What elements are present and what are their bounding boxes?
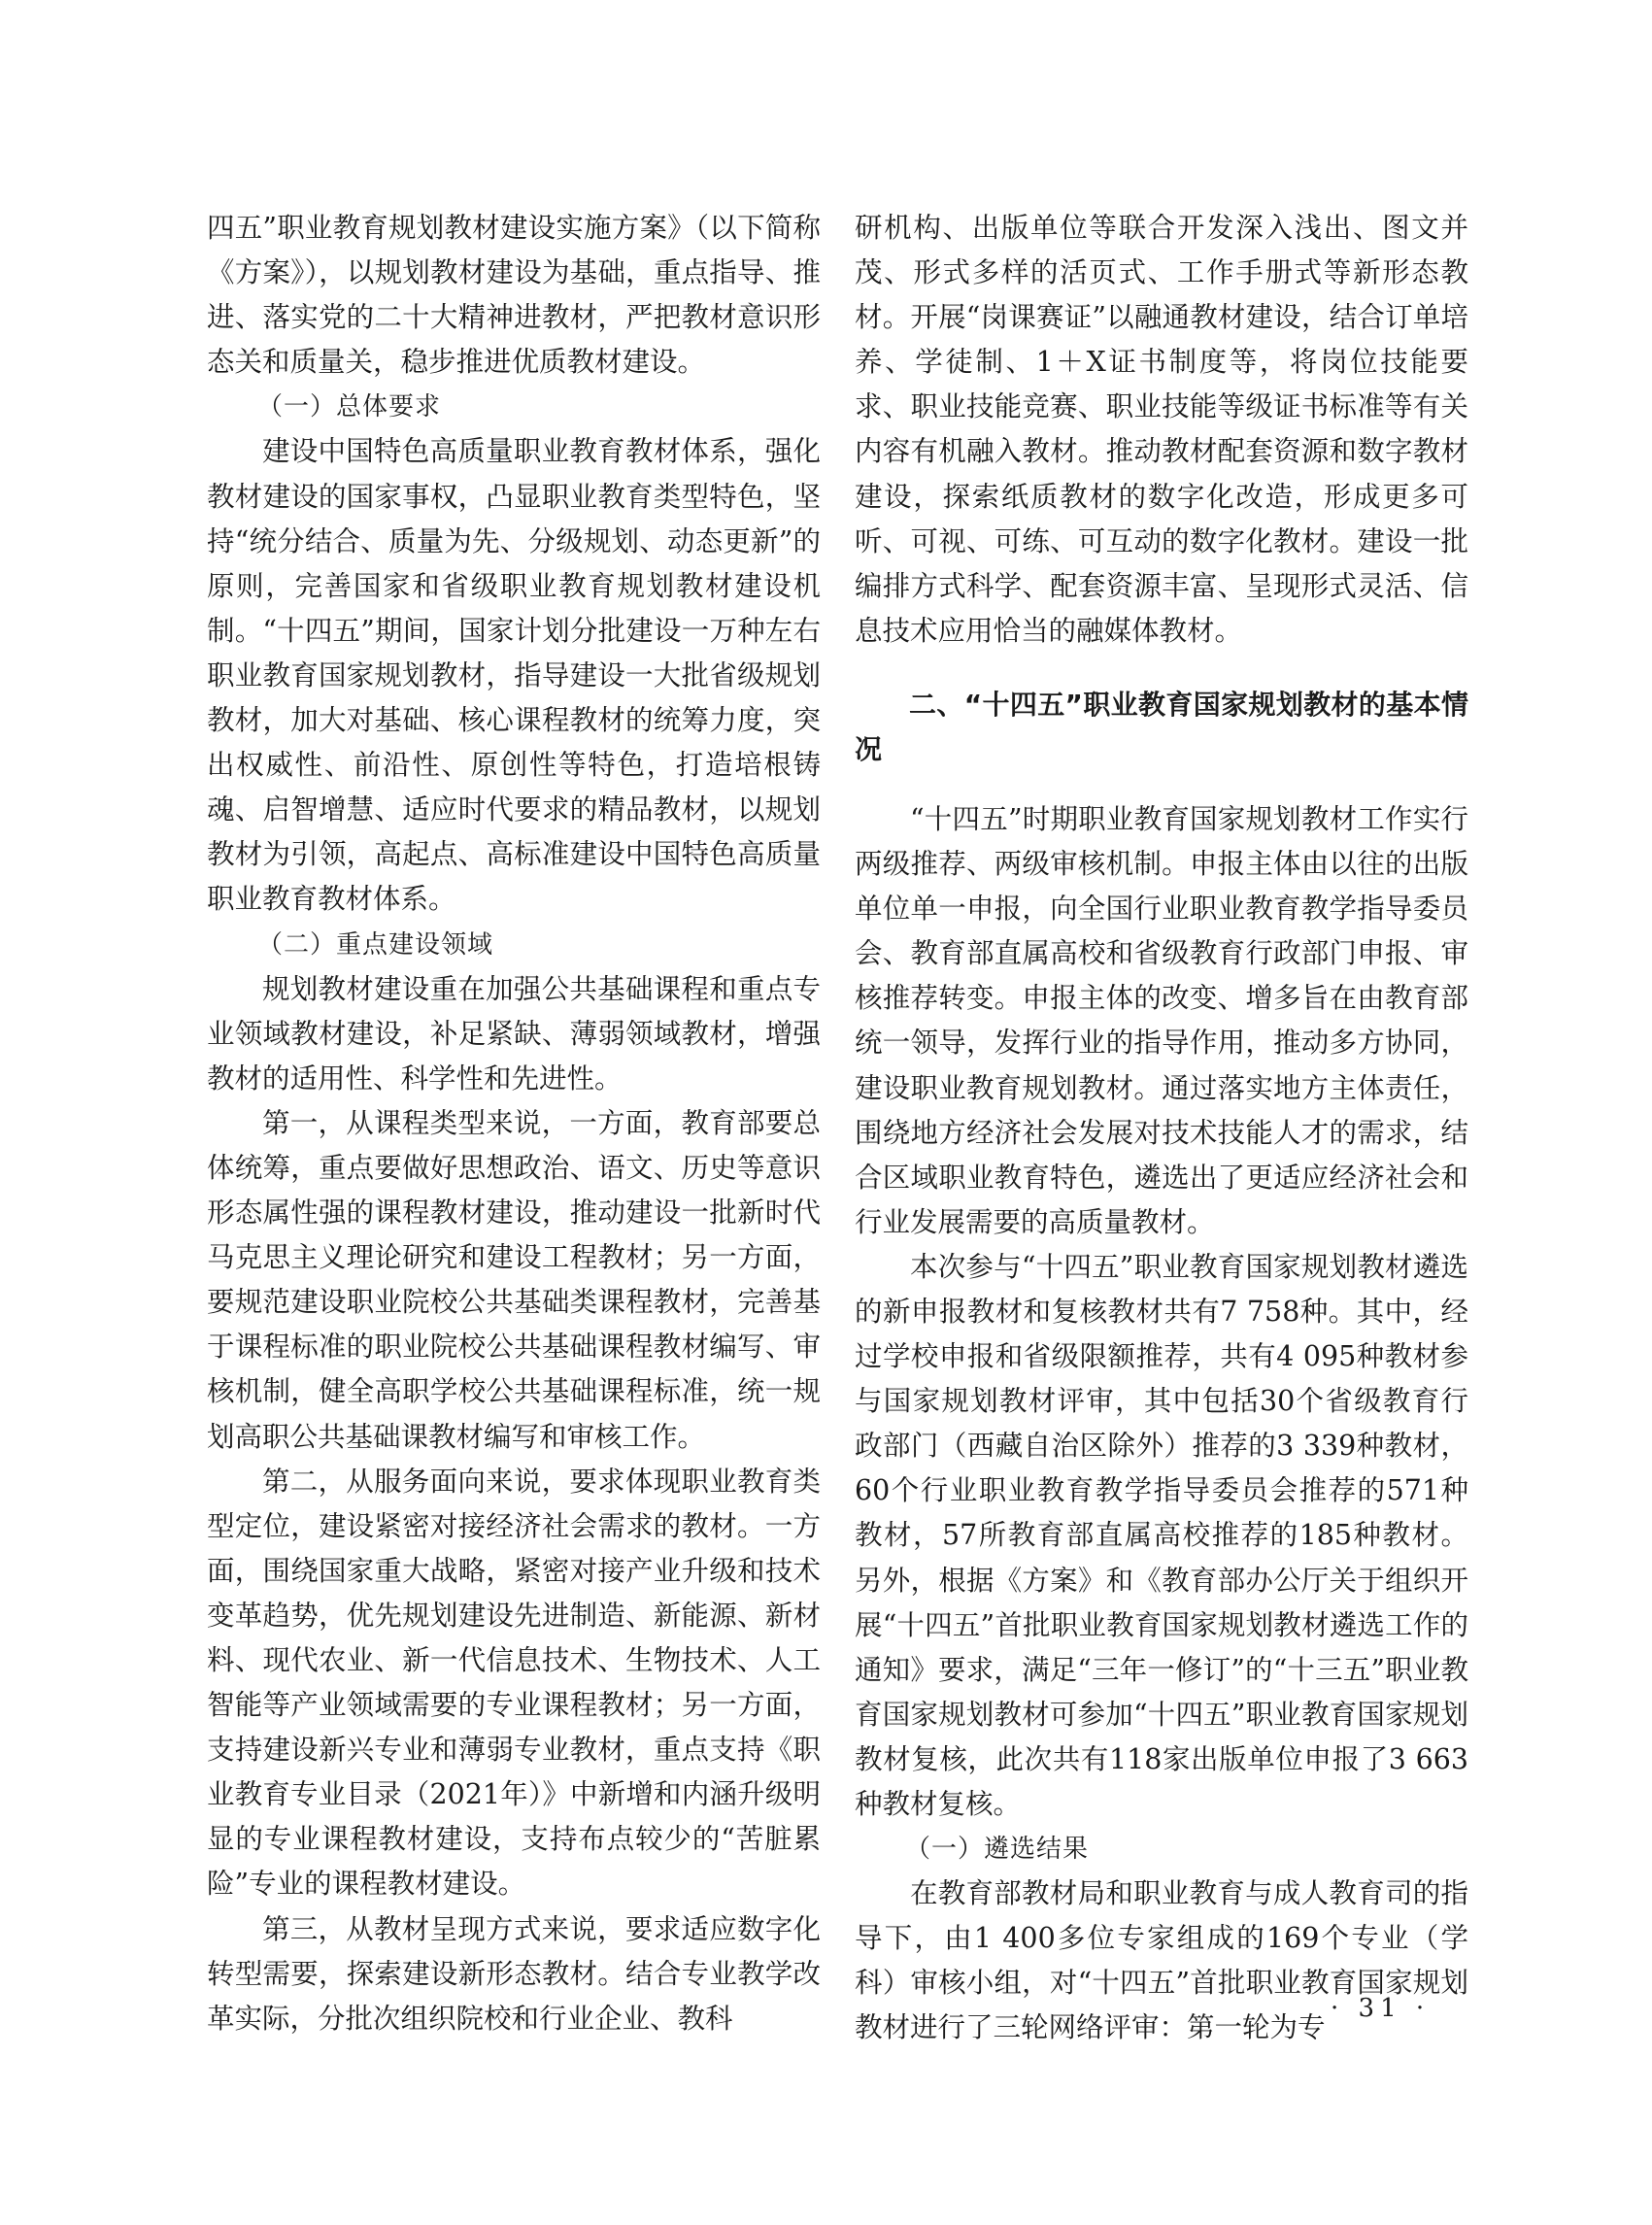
paragraph: 本次参与“十四五”职业教育国家规划教材遴选的新申报教材和复核教材共有7 758种… <box>855 1245 1468 1827</box>
subsection-heading: （二）重点建设领域 <box>207 923 821 967</box>
paragraph: 建设中国特色高质量职业教育教材体系，强化教材建设的国家事权，凸显职业教育类型特色… <box>207 429 821 922</box>
left-column: 四五”职业教育规划教材建设实施方案》（以下简称《方案》），以规划教材建设为基础，… <box>207 206 821 2041</box>
paragraph: 研机构、出版单位等联合开发深入浅出、图文并茂、形式多样的活页式、工作手册式等新形… <box>855 206 1468 654</box>
paragraph: 在教育部教材局和职业教育与成人教育司的指导下，由1 400多位专家组成的169个… <box>855 1871 1468 2050</box>
paragraph: 规划教材建设重在加强公共基础课程和重点专业领域教材建设，补足紧缺、薄弱领域教材，… <box>207 967 821 1101</box>
section-heading: 二、“十四五”职业教育国家规划教材的基本情况 <box>855 683 1468 772</box>
paragraph: 四五”职业教育规划教材建设实施方案》（以下简称《方案》），以规划教材建设为基础，… <box>207 206 821 385</box>
paragraph: “十四五”时期职业教育国家规划教材工作实行两级推荐、两级审核机制。申报主体由以往… <box>855 797 1468 1245</box>
paragraph: 第一，从课程类型来说，一方面，教育部要总体统筹，重点要做好思想政治、语文、历史等… <box>207 1101 821 1460</box>
paragraph: 第三，从教材呈现方式来说，要求适应数字化转型需要，探索建设新形态教材。结合专业教… <box>207 1907 821 2041</box>
page-number: · 31 · <box>1331 1994 1430 2023</box>
subsection-heading: （一）总体要求 <box>207 385 821 429</box>
subsection-heading: （一）遴选结果 <box>855 1827 1468 1871</box>
right-column: 研机构、出版单位等联合开发深入浅出、图文并茂、形式多样的活页式、工作手册式等新形… <box>855 206 1468 2051</box>
paragraph: 第二，从服务面向来说，要求体现职业教育类型定位，建设紧密对接经济社会需求的教材。… <box>207 1460 821 1907</box>
